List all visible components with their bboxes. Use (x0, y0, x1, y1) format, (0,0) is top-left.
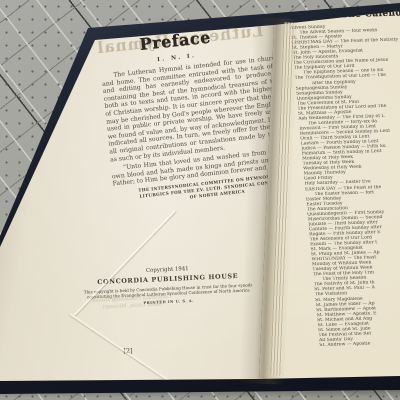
calendar-page-content: The Calendar Advent SundayThe Advent Sea… (284, 2, 400, 398)
photo-open-hymnal-book: THE Lutheran Hymnal Preface I. N. I. The… (0, 0, 400, 400)
calendar-list: Advent SundayThe Advent Season — four we… (290, 22, 400, 348)
